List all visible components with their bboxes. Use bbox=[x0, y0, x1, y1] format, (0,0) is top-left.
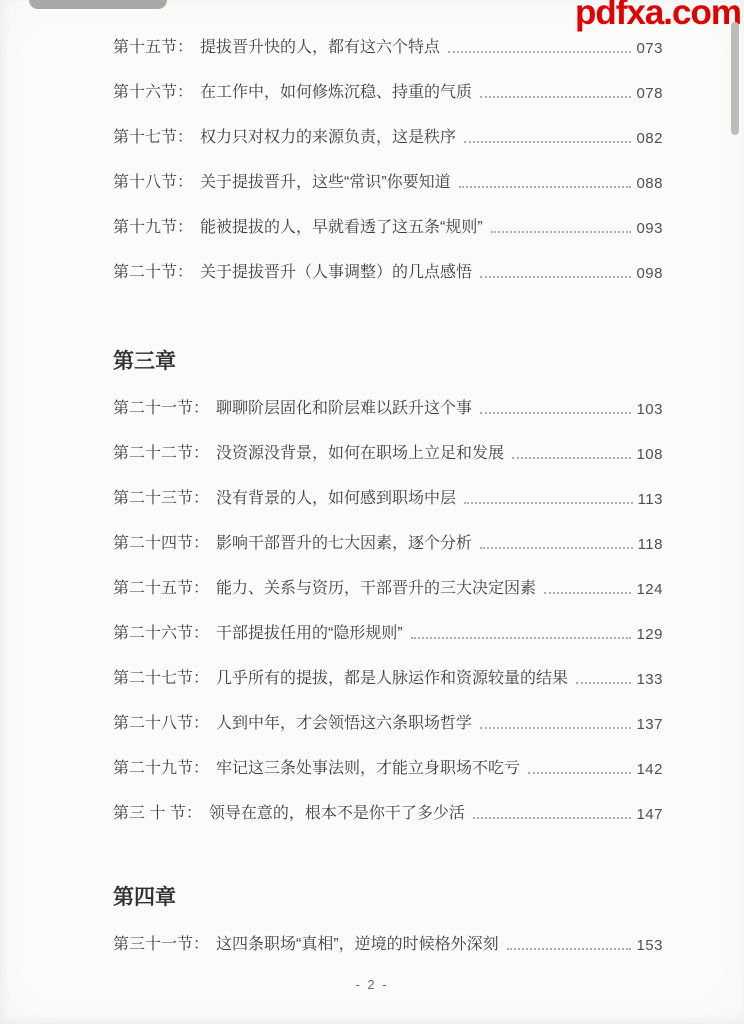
toc-entry-label: 第二十五节： bbox=[113, 575, 209, 598]
dot-leader bbox=[576, 682, 631, 684]
toc-entry-label: 第二十一节： bbox=[113, 395, 209, 418]
toc-entry-title: 提拔晋升快的人，都有这六个特点 bbox=[200, 34, 440, 57]
toc-entry: 第二十四节： 影响干部晋升的七大因素，逐个分析 118 bbox=[113, 532, 663, 553]
toc-entry-title: 领导在意的，根本不是你干了多少活 bbox=[209, 800, 465, 823]
toc-entry: 第十七节： 权力只对权力的来源负责，这是秩序 082 bbox=[113, 126, 663, 147]
toc-entry-page: 108 bbox=[636, 446, 663, 463]
dot-leader bbox=[411, 637, 632, 639]
toc-entry-label: 第二十七节： bbox=[113, 665, 209, 688]
toc-entry: 第二十六节： 干部提拔任用的“隐形规则” 129 bbox=[113, 622, 663, 643]
toc-entry-title: 这四条职场“真相”，逆境的时候格外深刻 bbox=[216, 931, 499, 954]
dot-leader bbox=[448, 51, 631, 53]
dot-leader bbox=[464, 141, 631, 143]
dot-leader bbox=[544, 592, 631, 594]
toc-entry: 第二十节： 关于提拔晋升（人事调整）的几点感悟 098 bbox=[113, 261, 663, 282]
toc-entry-page: 133 bbox=[636, 671, 663, 688]
toc-entry-label: 第二十九节： bbox=[113, 755, 209, 778]
toc-entry-label: 第十八节： bbox=[113, 169, 193, 192]
toc-entry: 第十九节： 能被提拔的人，早就看透了这五条“规则” 093 bbox=[113, 216, 663, 237]
toc-entry-label: 第三 十 节： bbox=[113, 800, 202, 823]
toc-entry-title: 干部提拔任用的“隐形规则” bbox=[216, 620, 403, 643]
chapter-heading: 第四章 bbox=[113, 884, 663, 912]
toc-entry-page: 073 bbox=[636, 40, 663, 57]
toc-entry-page: 098 bbox=[636, 265, 663, 282]
toc-entry-page: 153 bbox=[636, 937, 663, 954]
toc-entry: 第三十一节： 这四条职场“真相”，逆境的时候格外深刻 153 bbox=[113, 933, 663, 954]
toc-entry-label: 第二十六节： bbox=[113, 620, 209, 643]
toc-entry-title: 能力、关系与资历，干部晋升的三大决定因素 bbox=[216, 575, 536, 598]
toc-entry-title: 能被提拔的人，早就看透了这五条“规则” bbox=[200, 214, 483, 237]
toc-entry-label: 第十七节： bbox=[113, 124, 193, 147]
toc-entry-title: 关于提拔晋升（人事调整）的几点感悟 bbox=[200, 259, 472, 282]
toc-entry: 第二十五节： 能力、关系与资历，干部晋升的三大决定因素 124 bbox=[113, 577, 663, 598]
toc-entry: 第二十八节： 人到中年，才会领悟这六条职场哲学 137 bbox=[113, 712, 663, 733]
toc-entry-label: 第十五节： bbox=[113, 34, 193, 57]
toc-entry-page: 088 bbox=[636, 175, 663, 192]
toc-entry: 第二十九节： 牢记这三条处事法则，才能立身职场不吃亏 142 bbox=[113, 757, 663, 778]
scrollbar-thumb[interactable] bbox=[731, 22, 739, 135]
toc-entry-label: 第二十四节： bbox=[113, 530, 209, 553]
toc-entry-label: 第十九节： bbox=[113, 214, 193, 237]
toc-entry-label: 第二十八节： bbox=[113, 710, 209, 733]
dot-leader bbox=[480, 276, 631, 278]
dot-leader bbox=[459, 186, 632, 188]
dot-leader bbox=[464, 502, 633, 504]
toc-entry: 第十八节： 关于提拔晋升，这些“常识”你要知道 088 bbox=[113, 171, 663, 192]
toc-entry: 第二十二节： 没资源没背景，如何在职场上立足和发展 108 bbox=[113, 442, 663, 463]
dot-leader bbox=[480, 412, 631, 414]
table-of-contents: 第十五节： 提拔晋升快的人，都有这六个特点 073 第十六节： 在工作中，如何修… bbox=[113, 0, 663, 978]
toc-entry-page: 137 bbox=[636, 716, 663, 733]
toc-entry-title: 影响干部晋升的七大因素，逐个分析 bbox=[216, 530, 472, 553]
toc-entry-page: 082 bbox=[636, 130, 663, 147]
toc-entry-label: 第二十二节： bbox=[113, 440, 209, 463]
toc-entry-page: 129 bbox=[636, 626, 663, 643]
toc-entry-label: 第二十节： bbox=[113, 259, 193, 282]
dot-leader bbox=[480, 727, 631, 729]
toc-entry-page: 147 bbox=[636, 806, 663, 823]
toc-entry: 第二十七节： 几乎所有的提拔，都是人脉运作和资源较量的结果 133 bbox=[113, 667, 663, 688]
toc-entry-title: 没资源没背景，如何在职场上立足和发展 bbox=[216, 440, 504, 463]
toc-entry: 第二十一节： 聊聊阶层固化和阶层难以跃升这个事 103 bbox=[113, 397, 663, 418]
dot-leader bbox=[528, 772, 631, 774]
toc-entry-title: 关于提拔晋升，这些“常识”你要知道 bbox=[200, 169, 451, 192]
toc-entry-title: 牢记这三条处事法则，才能立身职场不吃亏 bbox=[216, 755, 520, 778]
toc-entry: 第三 十 节： 领导在意的，根本不是你干了多少活 147 bbox=[113, 802, 663, 823]
toc-entry-title: 人到中年，才会领悟这六条职场哲学 bbox=[216, 710, 472, 733]
toc-entry-label: 第十六节： bbox=[113, 79, 193, 102]
toc-entry: 第二十三节： 没有背景的人，如何感到职场中层 113 bbox=[113, 487, 663, 508]
chapter-heading: 第三章 bbox=[113, 348, 663, 376]
dot-leader bbox=[507, 948, 632, 950]
toc-entry-page: 078 bbox=[636, 85, 663, 102]
toc-entry-title: 几乎所有的提拔，都是人脉运作和资源较量的结果 bbox=[216, 665, 568, 688]
dot-leader bbox=[512, 457, 631, 459]
toc-entry-page: 093 bbox=[636, 220, 663, 237]
toc-entry-label: 第二十三节： bbox=[113, 485, 209, 508]
toc-entry: 第十六节： 在工作中，如何修炼沉稳、持重的气质 078 bbox=[113, 81, 663, 102]
toc-entry: 第十五节： 提拔晋升快的人，都有这六个特点 073 bbox=[113, 36, 663, 57]
toc-entry-page: 113 bbox=[638, 491, 663, 508]
dot-leader bbox=[480, 96, 631, 98]
toc-entry-page: 124 bbox=[636, 581, 663, 598]
toc-entry-title: 没有背景的人，如何感到职场中层 bbox=[216, 485, 456, 508]
toc-entry-page: 142 bbox=[636, 761, 663, 778]
dot-leader bbox=[473, 817, 632, 819]
toc-entry-page: 103 bbox=[636, 401, 663, 418]
dot-leader bbox=[480, 547, 633, 549]
page-number-footer: - 2 - bbox=[0, 977, 744, 992]
toc-entry-label: 第三十一节： bbox=[113, 931, 209, 954]
dot-leader bbox=[491, 231, 632, 233]
toc-entry-page: 118 bbox=[638, 536, 663, 553]
toc-entry-title: 在工作中，如何修炼沉稳、持重的气质 bbox=[200, 79, 472, 102]
toc-entry-title: 权力只对权力的来源负责，这是秩序 bbox=[200, 124, 456, 147]
toc-entry-title: 聊聊阶层固化和阶层难以跃升这个事 bbox=[216, 395, 472, 418]
